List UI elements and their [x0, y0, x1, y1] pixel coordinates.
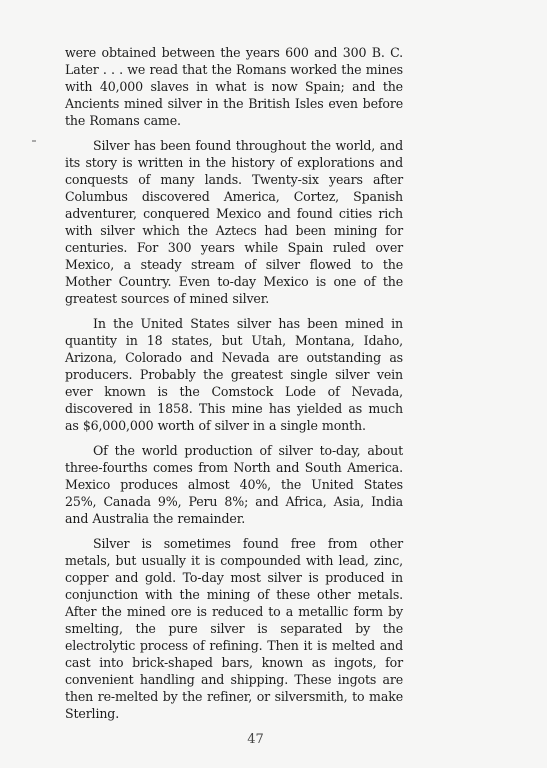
paragraph-2: Silver has been found throughout the wor…: [65, 137, 403, 307]
page-number: 47: [0, 732, 547, 747]
paragraph-3: In the United States silver has been min…: [65, 315, 403, 434]
margin-mark: [32, 140, 36, 142]
paragraph-4: Of the world production of silver to-day…: [65, 442, 403, 527]
paragraph-1: were obtained between the years 600 and …: [65, 44, 403, 129]
paragraph-5: Silver is sometimes found free from othe…: [65, 535, 403, 722]
page-body: were obtained between the years 600 and …: [65, 44, 403, 730]
